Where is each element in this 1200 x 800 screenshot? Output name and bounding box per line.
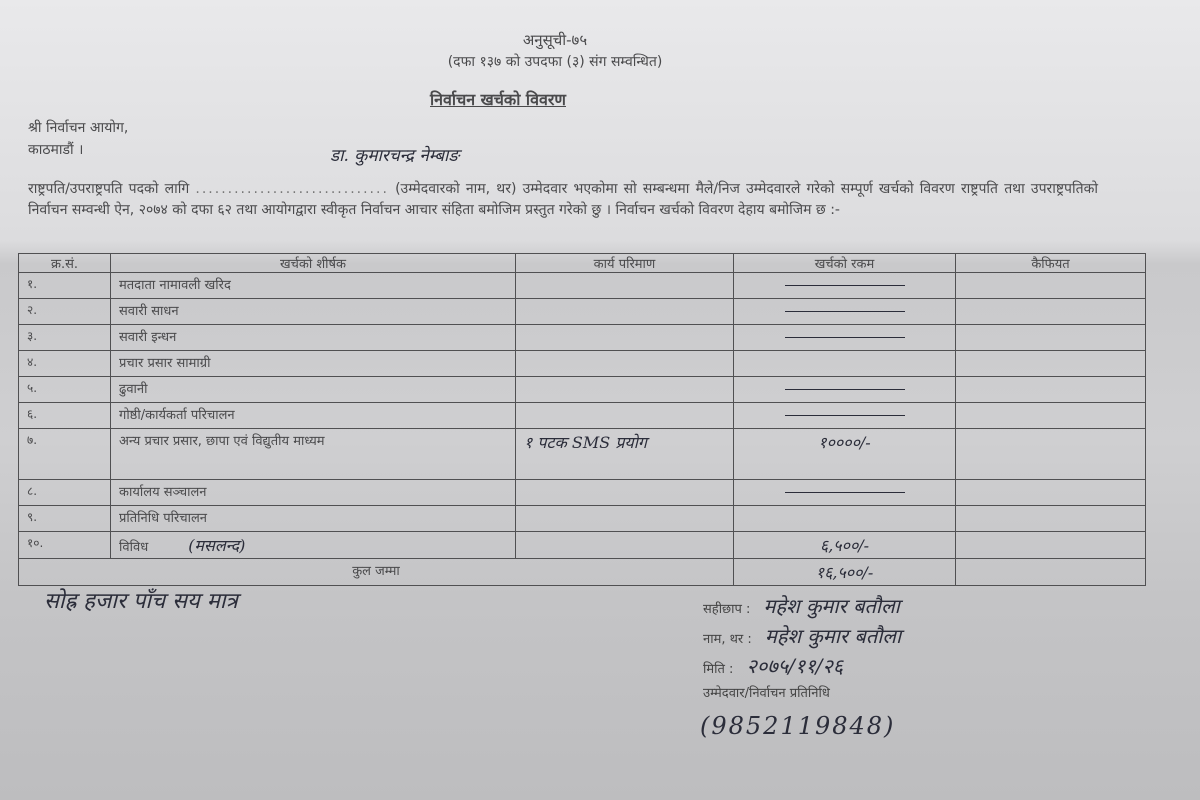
phone-number: (9852119848) <box>700 712 895 740</box>
total-amount: १६,५००/- <box>734 559 956 586</box>
row-serial: ८. <box>19 480 111 506</box>
row-amount <box>734 480 956 506</box>
total-remarks <box>956 559 1146 586</box>
row-remarks <box>956 325 1146 351</box>
row-quantity <box>516 480 734 506</box>
row-amount <box>734 506 956 532</box>
nil-dash <box>785 492 905 493</box>
row-amount <box>734 273 956 299</box>
form-title: निर्वाचन खर्चको विवरण <box>430 88 566 110</box>
column-header-amount: खर्चको रकम <box>734 254 956 273</box>
declaration-part-1: राष्ट्रपति/उपराष्ट्रपति पदको लागि <box>28 181 189 197</box>
row-remarks <box>956 429 1146 480</box>
row-expense-head: कार्यालय सञ्चालन <box>111 480 516 506</box>
nil-dash <box>785 389 905 390</box>
row-serial: १०. <box>19 532 111 559</box>
expense-head-text: कार्यालय सञ्चालन <box>119 485 207 500</box>
row-expense-head: विविध(मसलन्द) <box>111 532 516 559</box>
nil-dash <box>785 337 905 338</box>
row-quantity <box>516 299 734 325</box>
row-quantity <box>516 351 734 377</box>
row-amount <box>734 351 956 377</box>
nil-dash <box>785 311 905 312</box>
total-label: कुल जम्मा <box>19 559 734 586</box>
date-label: मिति : <box>703 662 733 677</box>
row-expense-head: ढुवानी <box>111 377 516 403</box>
row-remarks <box>956 480 1146 506</box>
table-row: २.सवारी साधन <box>19 299 1146 325</box>
row-remarks <box>956 351 1146 377</box>
row-serial: ४. <box>19 351 111 377</box>
row-remarks <box>956 377 1146 403</box>
section-reference: (दफा १३७ को उपदफा (३) संग सम्वन्धित) <box>0 52 1110 71</box>
total-row: कुल जम्मा १६,५००/- <box>19 559 1146 586</box>
row-serial: ६. <box>19 403 111 429</box>
row-amount: १००००/- <box>734 429 956 480</box>
addressee-line-1: श्री निर्वाचन आयोग, <box>28 118 128 137</box>
row-remarks <box>956 403 1146 429</box>
row-amount <box>734 299 956 325</box>
declaration-paragraph: राष्ट्रपति/उपराष्ट्रपति पदको लागि ......… <box>28 158 1098 221</box>
amount-value: १००००/- <box>818 433 870 452</box>
annex-number: अनुसूची-७५ <box>0 30 1110 50</box>
row-quantity <box>516 532 734 559</box>
row-serial: ५. <box>19 377 111 403</box>
row-expense-head: गोष्ठी/कार्यकर्ता परिचालन <box>111 403 516 429</box>
row-quantity <box>516 377 734 403</box>
expense-head-text: ढुवानी <box>119 382 148 397</box>
row-expense-head: प्रतिनिधि परिचालन <box>111 506 516 532</box>
table-row: १.मतदाता नामावली खरिद <box>19 273 1146 299</box>
row-quantity <box>516 325 734 351</box>
column-header-remarks: कैफियत <box>956 254 1146 273</box>
row-serial: ७. <box>19 429 111 480</box>
date-row: मिति : २०७५/११/२६ <box>703 652 843 679</box>
table-row: ४.प्रचार प्रसार सामाग्री <box>19 351 1146 377</box>
declaration-part-2: (उम्मेदवारको नाम, थर) उम्मेदवार भएकोमा स… <box>28 181 1098 218</box>
row-expense-head: सवारी साधन <box>111 299 516 325</box>
candidate-name-blank: .............................. <box>195 181 389 197</box>
table-row: १०.विविध(मसलन्द)६,५००/- <box>19 532 1146 559</box>
table-row: ६.गोष्ठी/कार्यकर्ता परिचालन <box>19 403 1146 429</box>
nil-dash <box>785 285 905 286</box>
expense-head-text: अन्य प्रचार प्रसार, छापा एवं विद्युतीय म… <box>119 434 325 449</box>
name-label: नाम, थर : <box>703 632 752 647</box>
table-row: ७.अन्य प्रचार प्रसार, छापा एवं विद्युतीय… <box>19 429 1146 480</box>
row-expense-head: प्रचार प्रसार सामाग्री <box>111 351 516 377</box>
expense-head-text: प्रचार प्रसार सामाग्री <box>119 356 210 371</box>
expense-head-text: प्रतिनिधि परिचालन <box>119 511 207 526</box>
row-quantity: १ पटक SMS प्रयोग <box>516 429 734 480</box>
row-expense-head: अन्य प्रचार प्रसार, छापा एवं विद्युतीय म… <box>111 429 516 480</box>
table-row: ८.कार्यालय सञ्चालन <box>19 480 1146 506</box>
row-amount <box>734 403 956 429</box>
column-header-expense-head: खर्चको शीर्षक <box>111 254 516 273</box>
row-amount <box>734 377 956 403</box>
signature-row: सहीछाप : महेश कुमार बतौला <box>703 592 900 619</box>
column-header-quantity: कार्य परिमाण <box>516 254 734 273</box>
row-serial: २. <box>19 299 111 325</box>
expense-head-text: सवारी इन्धन <box>119 330 176 345</box>
expense-head-note: (मसलन्द) <box>188 536 245 555</box>
row-serial: ९. <box>19 506 111 532</box>
table-row: ९.प्रतिनिधि परिचालन <box>19 506 1146 532</box>
amount-in-words: सोह्र हजार पाँच सय मात्र <box>44 585 238 615</box>
amount-value: ६,५००/- <box>820 536 869 555</box>
row-expense-head: सवारी इन्धन <box>111 325 516 351</box>
table-row: ५.ढुवानी <box>19 377 1146 403</box>
expense-table: क्र.सं. खर्चको शीर्षक कार्य परिमाण खर्चक… <box>18 253 1146 586</box>
signature-label: सहीछाप : <box>703 602 750 617</box>
name-row: नाम, थर : महेश कुमार बतौला <box>703 622 901 649</box>
row-quantity <box>516 273 734 299</box>
row-remarks <box>956 532 1146 559</box>
table-header-row: क्र.सं. खर्चको शीर्षक कार्य परिमाण खर्चक… <box>19 254 1146 273</box>
expense-head-text: विविध <box>119 540 148 555</box>
name-value: महेश कुमार बतौला <box>765 624 901 648</box>
row-remarks <box>956 506 1146 532</box>
row-serial: १. <box>19 273 111 299</box>
row-remarks <box>956 273 1146 299</box>
expense-head-text: मतदाता नामावली खरिद <box>119 278 231 293</box>
date-value: २०७५/११/२६ <box>747 654 844 678</box>
column-header-sn: क्र.सं. <box>19 254 111 273</box>
table-row: ३.सवारी इन्धन <box>19 325 1146 351</box>
row-amount: ६,५००/- <box>734 532 956 559</box>
row-remarks <box>956 299 1146 325</box>
signature: महेश कुमार बतौला <box>764 594 900 618</box>
row-expense-head: मतदाता नामावली खरिद <box>111 273 516 299</box>
row-amount <box>734 325 956 351</box>
expense-head-text: सवारी साधन <box>119 304 179 319</box>
nil-dash <box>785 415 905 416</box>
row-quantity <box>516 506 734 532</box>
row-quantity <box>516 403 734 429</box>
role-label: उम्मेदवार/निर्वाचन प्रतिनिधि <box>703 683 830 701</box>
row-serial: ३. <box>19 325 111 351</box>
addressee-line-2: काठमाडौं । <box>28 140 83 159</box>
expense-head-text: गोष्ठी/कार्यकर्ता परिचालन <box>119 408 235 423</box>
